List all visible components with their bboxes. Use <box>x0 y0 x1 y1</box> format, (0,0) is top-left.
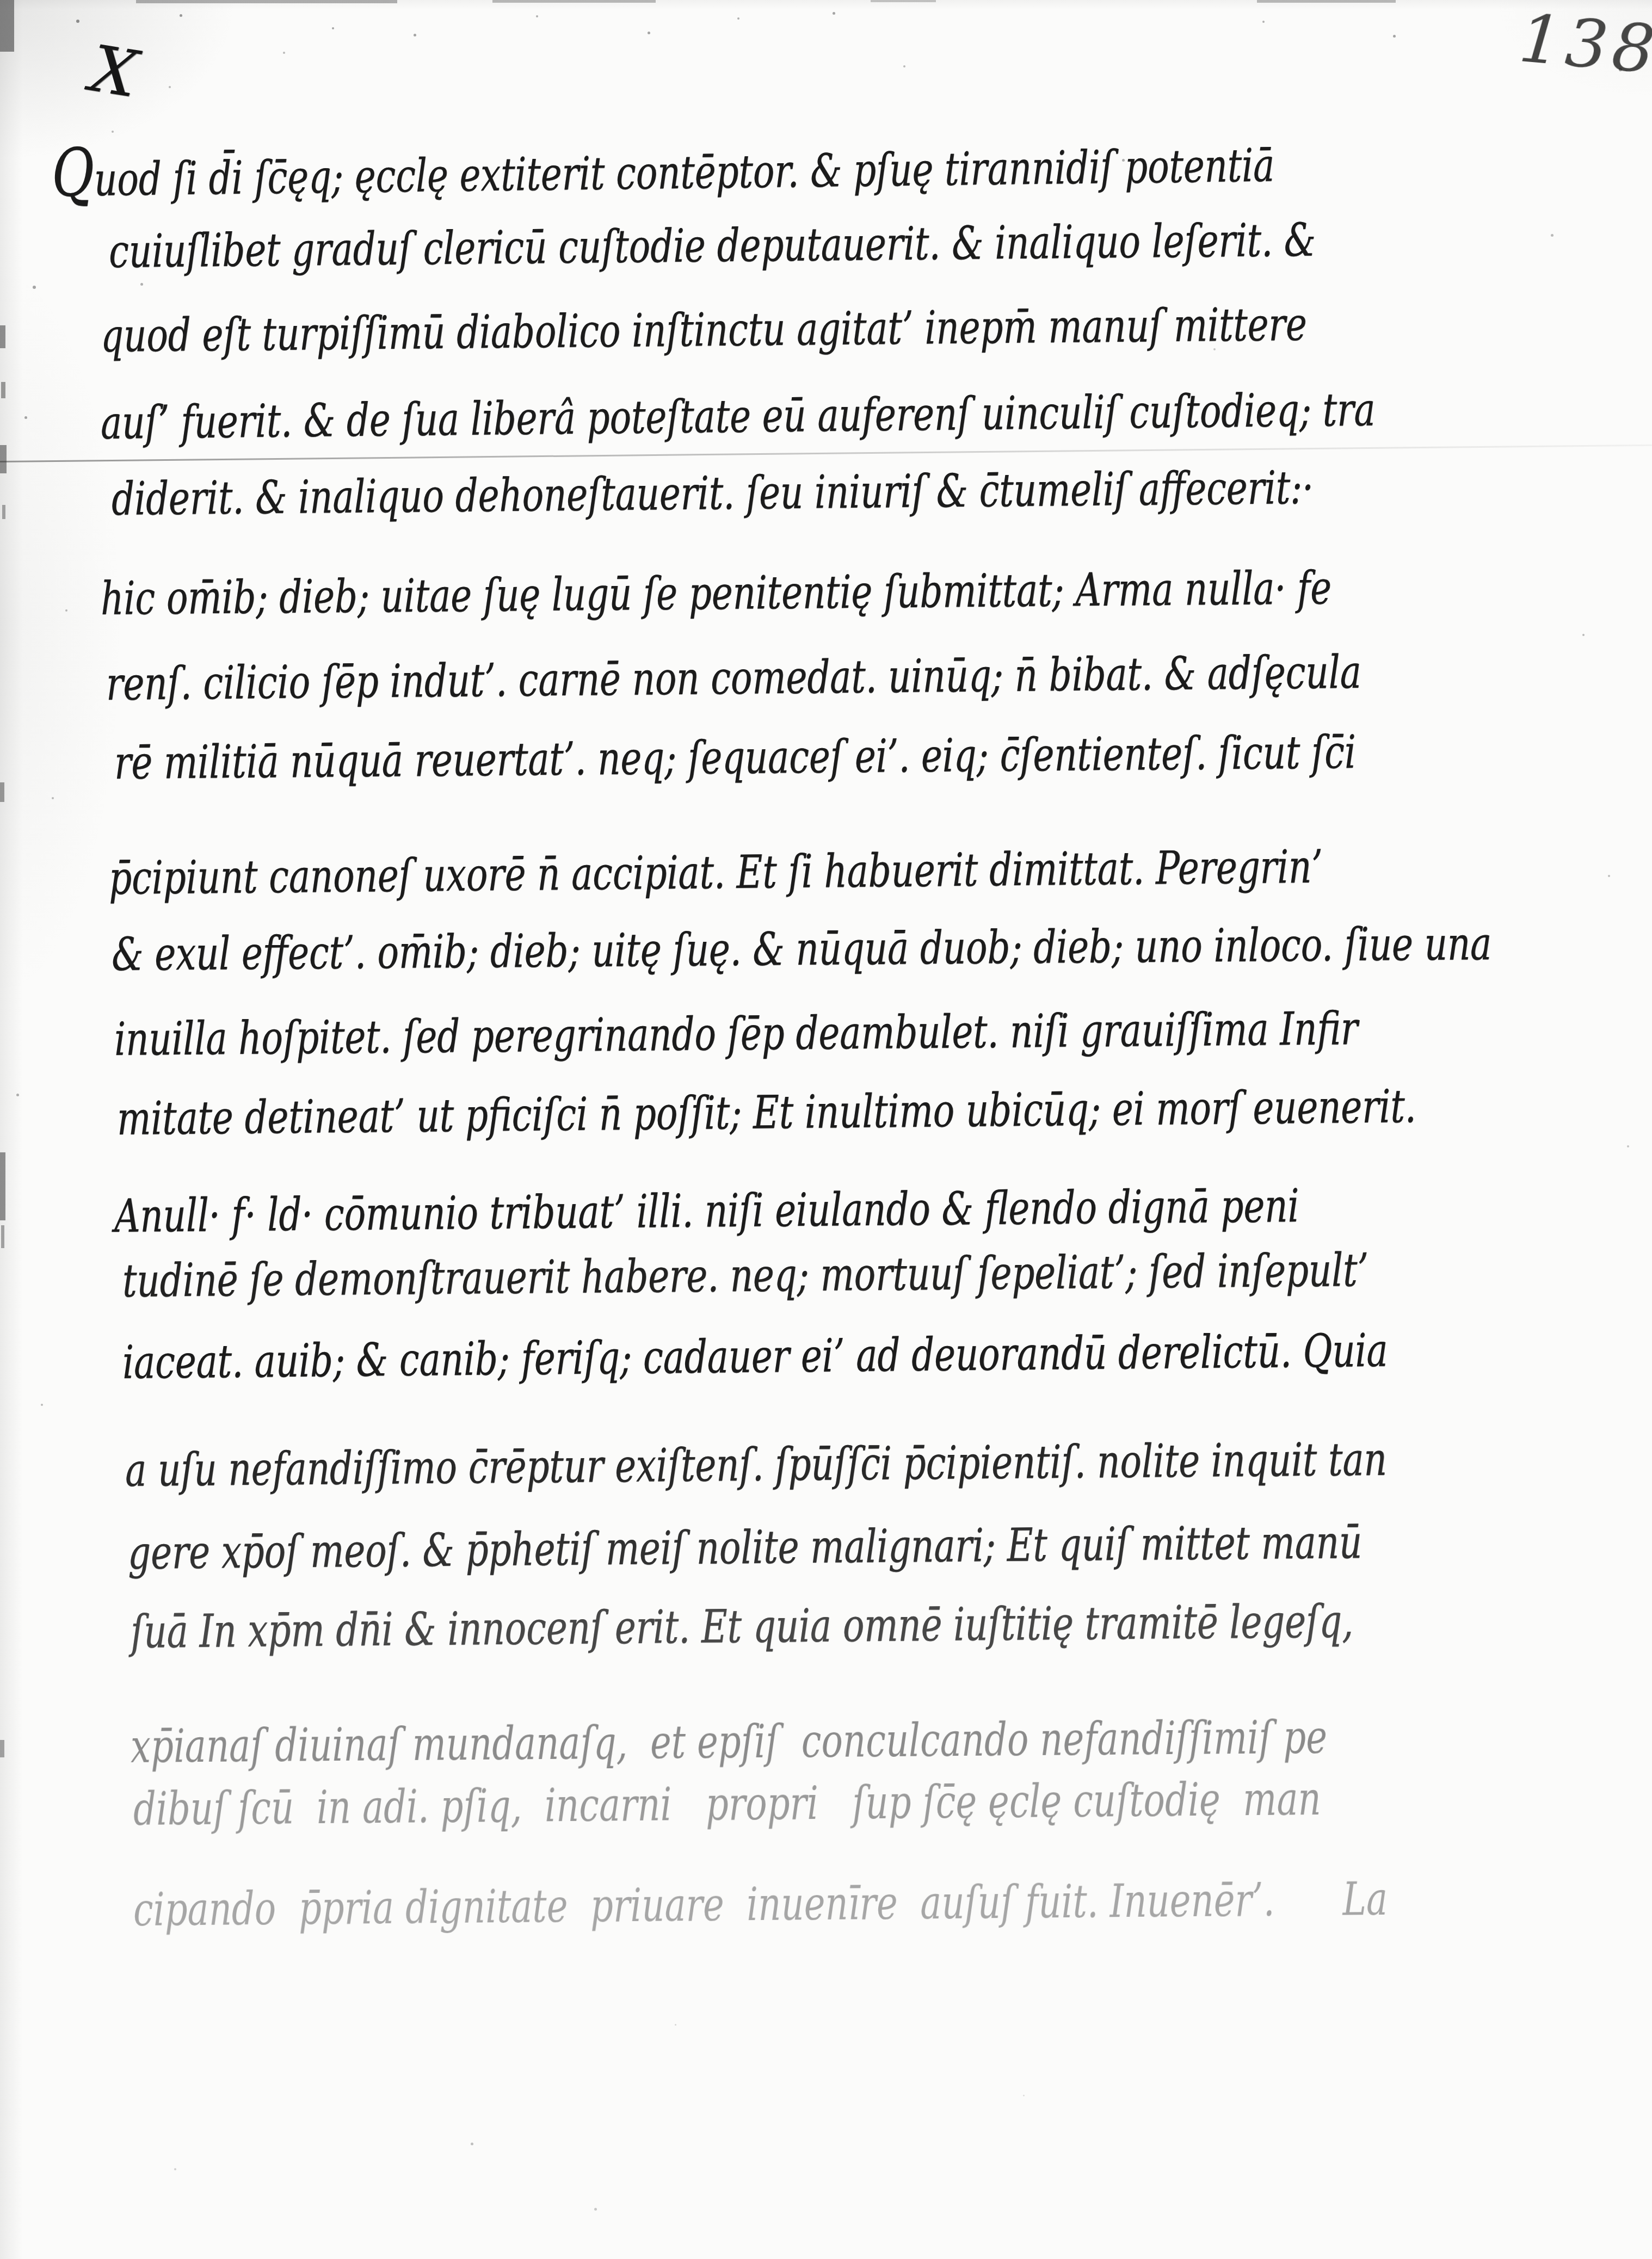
manuscript-line-9: p̄cipiunt canoneſ uxorē n̄ accipiat. Et … <box>109 844 1323 901</box>
manuscript-page: X 138 Quod ſi d̄i ſc̄ęq; ęcclę extiterit… <box>0 0 1652 2259</box>
edge-bleed-mark <box>136 0 397 3</box>
edge-bleed-mark <box>871 0 936 2</box>
edge-bleed-mark <box>1 1225 4 1248</box>
scan-speck <box>1393 35 1396 38</box>
edge-bleed-mark <box>0 445 7 473</box>
scan-speck <box>833 12 835 15</box>
edge-bleed-mark <box>0 782 4 802</box>
edge-bleed-mark <box>1 382 5 398</box>
manuscript-line-20: dibuſ ſcū in adi. pſiq, incarni propri ſ… <box>133 1776 1321 1832</box>
scan-speck <box>536 15 538 17</box>
manuscript-line-10: & exul effect’. om̄ib; dieb; uitę ſuę. &… <box>112 921 1492 977</box>
manuscript-line-18: ſuā In xp̄m dn̄i & innocenſ erit. Et qui… <box>131 1598 1353 1655</box>
manuscript-line-5: diderit. & inaliquo dehoneſtauerit. ſeu … <box>112 465 1314 522</box>
scan-speck <box>648 32 650 34</box>
manuscript-line-8: rē militiā nūquā reuertat’. neq; ſequace… <box>114 729 1356 786</box>
folio-number: 138 <box>1516 0 1652 89</box>
manuscript-line-14: tudinē ſe demonſtrauerit habere. neq; mo… <box>122 1247 1369 1304</box>
scan-speck <box>16 1094 19 1096</box>
scan-speck <box>414 34 416 36</box>
manuscript-line-19: xp̄ianaſ diuinaſ mundanaſq, et epſiſ con… <box>131 1714 1328 1769</box>
edge-bleed-mark <box>0 1152 5 1220</box>
scan-speck <box>594 2208 597 2211</box>
margin-x-mark: X <box>86 30 143 112</box>
edge-bleed-mark <box>0 1740 4 1757</box>
scan-speck <box>1627 1145 1629 1147</box>
scan-speck <box>737 17 739 20</box>
manuscript-line-17: gere xp̄oſ meoſ. & p̄phetiſ meiſ nolite … <box>128 1519 1363 1576</box>
edge-bleed-mark <box>0 0 14 52</box>
edge-bleed-mark <box>1257 0 1396 3</box>
scan-speck <box>675 2024 676 2026</box>
manuscript-line-15: iaceat. auib; & canib; feriſq; cadauer e… <box>122 1328 1388 1385</box>
scan-speck <box>1608 875 1610 877</box>
scan-speck <box>169 86 171 88</box>
edge-bleed-mark <box>2 505 5 519</box>
scan-speck <box>283 52 285 54</box>
edge-bleed-mark <box>492 0 656 3</box>
scan-speck <box>1551 234 1554 237</box>
manuscript-line-6: hic om̄ib; dieb; uitae ſuę lugū ſe penit… <box>101 565 1332 621</box>
manuscript-line-13: Anull· f· ld· cōmunio tribuat’ illi. niſ… <box>114 1183 1299 1239</box>
scan-speck <box>65 609 67 612</box>
manuscript-line-4: auſ’ fuerit. & de ſua liberâ poteſtate e… <box>101 386 1376 446</box>
scan-speck <box>24 416 27 419</box>
manuscript-line-16: a uſu nefandiſſimo c̄rēptur exiſtenſ. ſp… <box>125 1436 1387 1493</box>
manuscript-line-3: quod eſt turpiſſimū diabolico inſtinctu … <box>101 301 1307 359</box>
scan-speck <box>1023 2095 1025 2096</box>
scan-speck <box>180 14 182 17</box>
manuscript-line-21: cipando p̄pria dignitate priuare inuenīr… <box>133 1876 1388 1933</box>
scan-speck <box>903 65 905 67</box>
manuscript-line-12: mitate detineat’ ut pficiſci n̄ poſſit; … <box>117 1083 1416 1141</box>
manuscript-line-2: cuiuſlibet graduſ clericū cuſtodie deput… <box>109 217 1316 274</box>
scan-speck <box>140 283 143 286</box>
scan-speck <box>471 2143 473 2145</box>
scan-speck <box>1582 634 1585 636</box>
scan-speck <box>52 797 54 799</box>
scan-speck <box>41 1404 43 1406</box>
scan-speck <box>174 2168 176 2170</box>
scan-speck <box>1262 21 1265 23</box>
scan-speck <box>332 27 334 29</box>
manuscript-line-1: Quod ſi d̄i ſc̄ęq; ęcclę extiterit contē… <box>51 132 1274 203</box>
manuscript-line-7: renſ. cilicio ſēp indut’. carnē non come… <box>106 649 1361 707</box>
scan-speck <box>33 286 36 289</box>
manuscript-line-11: inuilla hoſpitet. ſed peregrinando ſēp d… <box>114 1005 1358 1062</box>
edge-bleed-mark <box>0 325 5 348</box>
scan-speck <box>112 131 114 133</box>
scan-speck <box>76 20 79 23</box>
